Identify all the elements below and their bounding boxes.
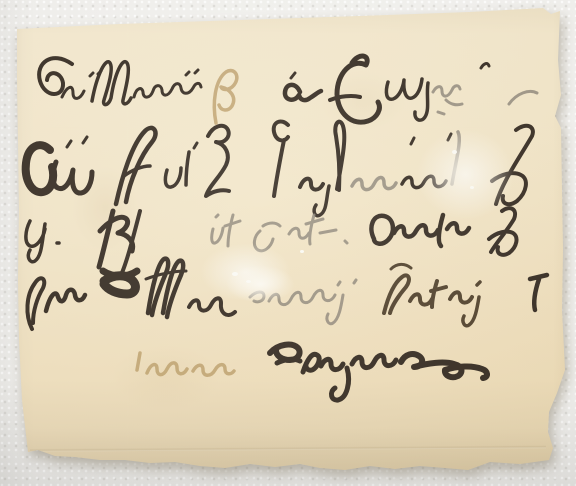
handwriting-line-5 bbox=[137, 345, 487, 401]
handwriting-line-1 bbox=[39, 56, 537, 123]
handwriting-line-2 bbox=[26, 121, 533, 215]
handwriting-svg bbox=[0, 0, 576, 486]
paper-scrap bbox=[0, 0, 576, 486]
handwriting-line-3 bbox=[26, 208, 517, 276]
photograph: Photograph of a torn scrap of aged cream… bbox=[0, 0, 576, 486]
paper-shadow bbox=[0, 0, 576, 486]
